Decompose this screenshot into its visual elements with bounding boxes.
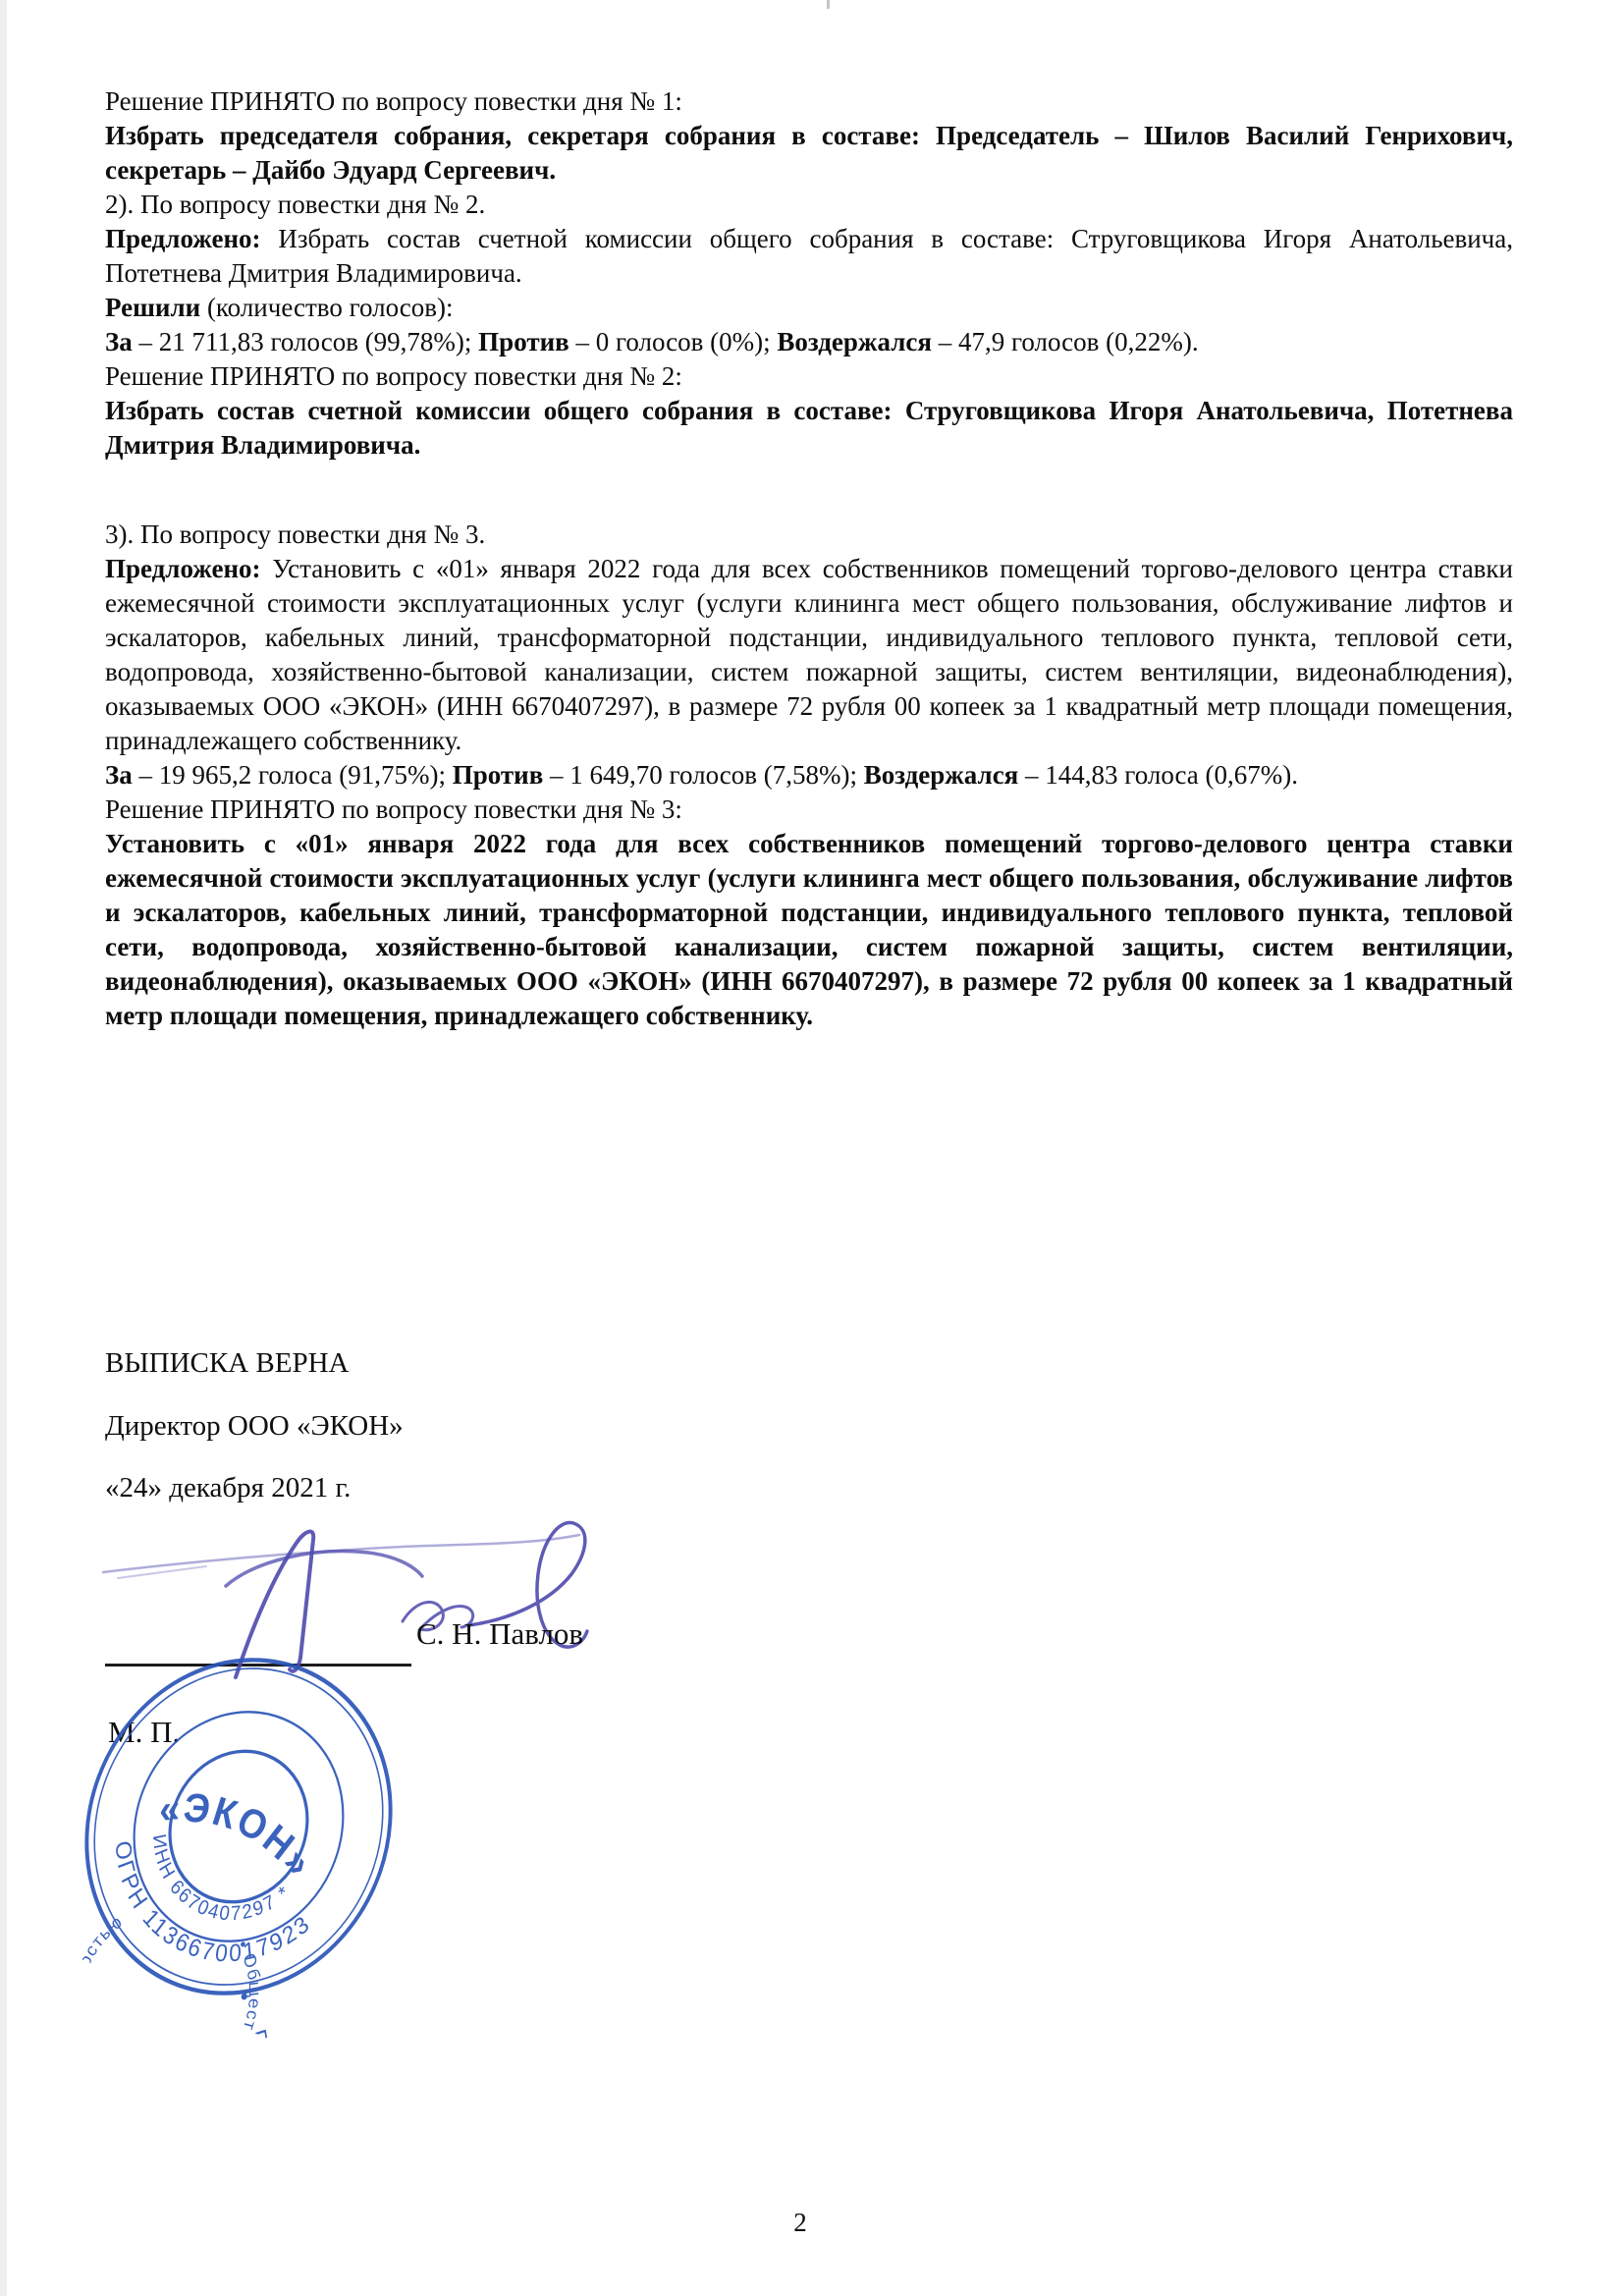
- scan-edge-artifact: [0, 0, 7, 2296]
- vote-against-text: – 0 голосов (0%);: [569, 327, 778, 356]
- decision-2-text: Избрать состав счетной комиссии общего с…: [105, 394, 1513, 463]
- decision-3-header: Решение ПРИНЯТО по вопросу повестки дня …: [105, 793, 1513, 827]
- item-3-proposed: Предложено: Установить с «01» января 202…: [105, 552, 1513, 758]
- scan-top-artifact: [827, 0, 830, 9]
- item-2-proposed: Предложено: Избрать состав счетной комис…: [105, 222, 1513, 291]
- vote-against-label: Против: [478, 327, 569, 356]
- vote-for-text: – 19 965,2 голоса (91,75%);: [133, 760, 453, 790]
- proposed-label: Предложено:: [105, 224, 261, 253]
- resolved-label: Решили: [105, 293, 200, 322]
- extract-verification-label: ВЫПИСКА ВЕРНА: [105, 1347, 349, 1380]
- vote-abstain-label: Воздержался: [864, 760, 1019, 790]
- vote-for-text: – 21 711,83 голосов (99,78%);: [133, 327, 478, 356]
- vote-for-label: За: [105, 327, 133, 356]
- resolved-text: (количество голосов):: [200, 293, 453, 322]
- proposed-text: Избрать состав счетной комиссии общего с…: [105, 224, 1513, 288]
- vote-for-label: За: [105, 760, 133, 790]
- decision-2-header: Решение ПРИНЯТО по вопросу повестки дня …: [105, 359, 1513, 394]
- item-3-votes: За – 19 965,2 голоса (91,75%); Против – …: [105, 758, 1513, 793]
- decision-1-text: Избрать председателя собрания, секретаря…: [105, 119, 1513, 188]
- signatory-name: С. Н. Павлов: [416, 1616, 583, 1652]
- signatory-title: Директор ООО «ЭКОН»: [105, 1410, 404, 1443]
- vote-abstain-label: Воздержался: [777, 327, 932, 356]
- item-3-header: 3). По вопросу повестки дня № 3.: [105, 518, 1513, 552]
- proposed-label: Предложено:: [105, 554, 261, 583]
- vote-abstain-text: – 144,83 голоса (0,67%).: [1018, 760, 1298, 790]
- vote-against-label: Против: [453, 760, 544, 790]
- proposed-text: Установить с «01» января 2022 года для в…: [105, 554, 1513, 755]
- decision-3-text: Установить с «01» января 2022 года для в…: [105, 827, 1513, 1033]
- vote-against-text: – 1 649,70 голосов (7,58%);: [543, 760, 863, 790]
- document-page: Решение ПРИНЯТО по вопросу повестки дня …: [0, 0, 1624, 2296]
- document-body: Решение ПРИНЯТО по вопросу повестки дня …: [105, 84, 1513, 1033]
- item-2-votes: За – 21 711,83 голосов (99,78%); Против …: [105, 325, 1513, 359]
- decision-1-header: Решение ПРИНЯТО по вопросу повестки дня …: [105, 84, 1513, 119]
- vote-abstain-text: – 47,9 голосов (0,22%).: [932, 327, 1199, 356]
- item-2-header: 2). По вопросу повестки дня № 2.: [105, 188, 1513, 222]
- page-number: 2: [0, 2208, 1600, 2238]
- item-2-resolved: Решили (количество голосов):: [105, 291, 1513, 325]
